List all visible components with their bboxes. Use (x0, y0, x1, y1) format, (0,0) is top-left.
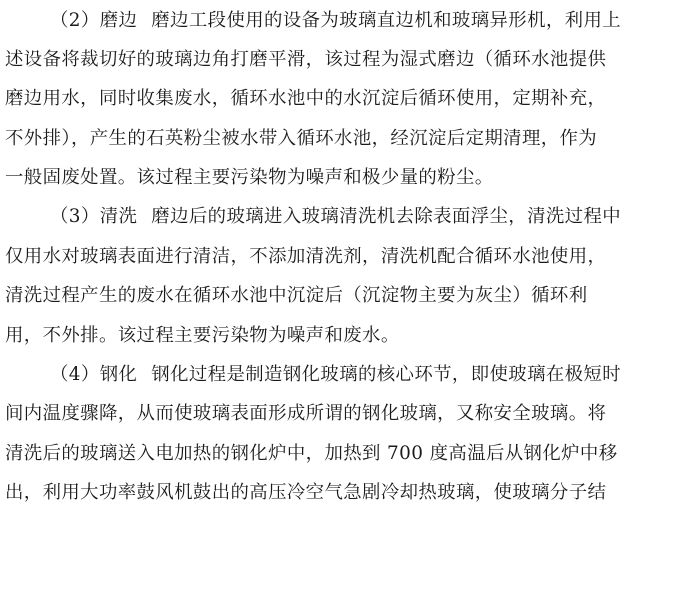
text-line: 磨边后的玻璃进入玻璃清洗机去除表面浮尘，清洗过程中 (151, 206, 621, 227)
section-title: 钢化 (100, 364, 138, 385)
text-line: 不外排），产生的石英粉尘被水带入循环水池，经沉淀后定期清理，作为 (5, 119, 673, 158)
text-line: 钢化过程是制造钢化玻璃的核心环节，即使玻璃在极短时 (151, 364, 621, 385)
text-line: 间内温度骤降，从而使玻璃表面形成所谓的钢化玻璃，又称安全玻璃。将 (5, 394, 673, 433)
section-number: （4） (50, 364, 100, 385)
section-title: 磨边 (100, 10, 138, 31)
section-number: （3） (50, 206, 100, 227)
text-line: 用，不外排。该过程主要污染物为噪声和废水。 (5, 316, 673, 355)
paragraph-first-line: （4）钢化钢化过程是制造钢化玻璃的核心环节，即使玻璃在极短时 (5, 355, 673, 394)
paragraph-first-line: （3）清洗磨边后的玻璃进入玻璃清洗机去除表面浮尘，清洗过程中 (5, 197, 673, 236)
text-line: 磨边用水，同时收集废水，循环水池中的水沉淀后循环使用，定期补充， (5, 79, 673, 118)
text-line: 仅用水对玻璃表面进行清洁，不添加清洗剂，清洗机配合循环水池使用， (5, 237, 673, 276)
text-line: 述设备将裁切好的玻璃边角打磨平滑，该过程为湿式磨边（循环水池提供 (5, 40, 673, 79)
paragraph-grinding: （2）磨边磨边工段使用的设备为玻璃直边机和玻璃异形机，利用上 述设备将裁切好的玻… (5, 1, 673, 198)
paragraph-tempering: （4）钢化钢化过程是制造钢化玻璃的核心环节，即使玻璃在极短时 间内温度骤降，从而… (5, 355, 673, 513)
paragraph-cleaning: （3）清洗磨边后的玻璃进入玻璃清洗机去除表面浮尘，清洗过程中 仅用水对玻璃表面进… (5, 197, 673, 355)
text-line: 清洗后的玻璃送入电加热的钢化炉中，加热到 700 度高温后从钢化炉中移 (5, 434, 673, 473)
text-line: 出，利用大功率鼓风机鼓出的高压冷空气急剧冷却热玻璃，使玻璃分子结 (5, 473, 673, 512)
paragraph-first-line: （2）磨边磨边工段使用的设备为玻璃直边机和玻璃异形机，利用上 (5, 1, 673, 40)
text-line: 一般固废处置。该过程主要污染物为噪声和极少量的粉尘。 (5, 158, 673, 197)
text-line: 磨边工段使用的设备为玻璃直边机和玻璃异形机，利用上 (151, 10, 621, 31)
section-title: 清洗 (100, 206, 138, 227)
text-line: 清洗过程产生的废水在循环水池中沉淀后（沉淀物主要为灰尘）循环利 (5, 276, 673, 315)
document-page: （2）磨边磨边工段使用的设备为玻璃直边机和玻璃异形机，利用上 述设备将裁切好的玻… (5, 0, 673, 513)
section-number: （2） (50, 10, 100, 31)
